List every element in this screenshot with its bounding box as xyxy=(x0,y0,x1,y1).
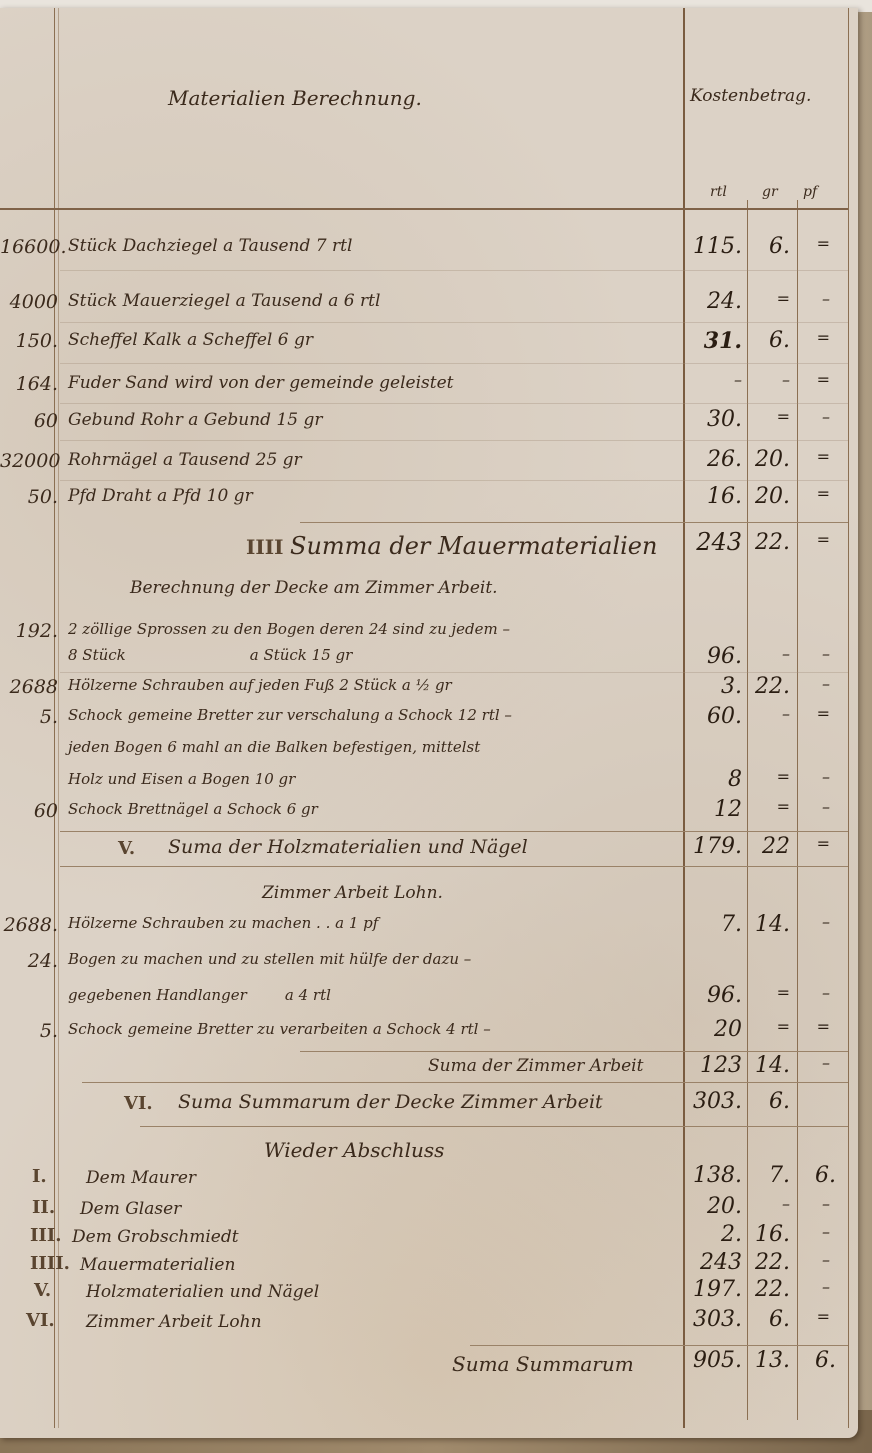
currency-gr-label: gr xyxy=(762,184,778,200)
row-text: Hölzerne Schrauben zu machen . . a 1 pf xyxy=(68,914,378,932)
row-pf: = xyxy=(800,370,830,389)
row-rtl: 60. xyxy=(688,704,742,729)
row-qty: 60 xyxy=(0,410,58,432)
grand-total-rtl: 905. xyxy=(688,1348,742,1373)
left-margin-rule-2 xyxy=(58,8,59,1428)
row-qty: 150. xyxy=(0,330,58,352)
pf-column-rule xyxy=(797,200,798,1420)
section-heading: Zimmer Arbeit Lohn. xyxy=(262,883,443,903)
row-qty: 5. xyxy=(0,706,58,728)
section-total-pf: = xyxy=(800,530,830,549)
section-total-rtl: 179. xyxy=(688,834,742,859)
row-rule xyxy=(60,322,848,323)
header-rule xyxy=(0,208,848,210)
subtotal-gr: 14. xyxy=(750,1053,790,1078)
section-end-rule xyxy=(140,1126,848,1127)
section-roman-numeral: VI. xyxy=(124,1093,153,1114)
row-text: 8 Stück a Stück 15 gr xyxy=(68,646,352,664)
row-gr: = xyxy=(750,289,790,308)
amount-heading: Kostenbetrag. xyxy=(690,86,811,106)
section-heading: Wieder Abschluss xyxy=(264,1138,444,1162)
row-rtl: 7. xyxy=(688,912,742,937)
row-text: Bogen zu machen und zu stellen mit hülfe… xyxy=(68,950,471,968)
row-text: gegebenen Handlanger a 4 rtl xyxy=(68,986,331,1004)
section-total-label: Suma Summarum der Decke Zimmer Arbeit xyxy=(178,1091,603,1113)
row-rule xyxy=(60,363,848,364)
section-total-rtl: 303. xyxy=(688,1089,742,1114)
recap-gr: 22. xyxy=(750,1250,790,1275)
row-text: Gebund Rohr a Gebund 15 gr xyxy=(68,410,323,430)
gr-column-rule xyxy=(747,200,748,1420)
recap-rtl: 303. xyxy=(688,1307,742,1332)
recap-roman: III. xyxy=(30,1225,62,1246)
recap-roman: V. xyxy=(34,1280,51,1301)
row-rtl: 20 xyxy=(688,1017,742,1042)
row-pf: – xyxy=(800,289,830,308)
row-text: Rohrnägel a Tausend 25 gr xyxy=(68,450,302,470)
recap-pf: – xyxy=(800,1250,830,1269)
subtotal-label: Suma der Zimmer Arbeit xyxy=(428,1056,643,1076)
row-text: jeden Bogen 6 mahl an die Balken befesti… xyxy=(68,738,480,756)
amount-column-rule xyxy=(683,8,685,1428)
row-gr: = xyxy=(750,983,790,1002)
recap-pf: = xyxy=(800,1307,830,1326)
row-rule xyxy=(60,403,848,404)
recap-roman: I. xyxy=(32,1166,47,1187)
row-qty: 24. xyxy=(0,950,58,972)
row-text: Stück Dachziegel a Tausend 7 rtl xyxy=(68,236,352,256)
grand-total-rule xyxy=(470,1345,848,1346)
section-total-gr: 22 xyxy=(750,834,790,859)
subtotal-rule xyxy=(300,522,848,523)
row-pf: = xyxy=(800,704,830,723)
section-total-label: Summa der Mauermaterialien xyxy=(290,532,657,560)
row-pf: – xyxy=(800,983,830,1002)
row-text: Schock Brettnägel a Schock 6 gr xyxy=(68,800,318,818)
recap-gr: 22. xyxy=(750,1277,790,1302)
row-pf: – xyxy=(800,674,830,693)
row-rtl: 31. xyxy=(688,328,742,354)
row-pf: = xyxy=(800,447,830,466)
row-pf: = xyxy=(800,1017,830,1036)
row-gr: = xyxy=(750,1017,790,1036)
section-end-rule xyxy=(60,866,848,867)
recap-roman: VI. xyxy=(26,1310,55,1331)
recap-gr: 7. xyxy=(750,1163,790,1188)
row-qty: 5. xyxy=(0,1020,58,1042)
subtotal-rtl: 123 xyxy=(688,1053,742,1078)
row-gr: – xyxy=(750,644,790,663)
row-qty: 16600. xyxy=(0,236,58,258)
row-text: 2 zöllige Sprossen zu den Bogen deren 24… xyxy=(68,620,510,638)
section-total-rule xyxy=(82,1082,848,1083)
row-rtl: – xyxy=(688,370,742,389)
row-rule xyxy=(60,672,848,673)
recap-pf: 6. xyxy=(800,1163,836,1188)
row-pf: – xyxy=(800,407,830,426)
row-rtl: 26. xyxy=(688,447,742,472)
row-rule xyxy=(60,440,848,441)
subtotal-pf: – xyxy=(800,1053,830,1072)
row-rtl: 96. xyxy=(688,983,742,1008)
section-total-label: Suma der Holzmaterialien und Nägel xyxy=(168,836,528,858)
page-right-rule xyxy=(848,8,849,1428)
row-gr: 6. xyxy=(750,328,790,353)
row-qty: 2688. xyxy=(0,914,58,936)
row-gr: – xyxy=(750,370,790,389)
row-pf: – xyxy=(800,644,830,663)
recap-text: Mauermaterialien xyxy=(80,1255,235,1275)
recap-rtl: 197. xyxy=(688,1277,742,1302)
currency-pf-label: pf xyxy=(803,184,817,200)
subtotal-rule xyxy=(300,1051,848,1052)
recap-text: Zimmer Arbeit Lohn xyxy=(86,1312,262,1332)
row-gr: 20. xyxy=(750,484,790,509)
row-gr: = xyxy=(750,407,790,426)
row-rtl: 96. xyxy=(688,644,742,669)
section-heading: Berechnung der Decke am Zimmer Arbeit. xyxy=(130,578,498,598)
row-qty: 50. xyxy=(0,486,58,508)
row-qty: 164. xyxy=(0,373,58,395)
row-pf: – xyxy=(800,912,830,931)
currency-rtl-label: rtl xyxy=(710,184,727,200)
row-rtl: 30. xyxy=(688,407,742,432)
row-pf: = xyxy=(800,484,830,503)
row-rule xyxy=(60,480,848,481)
recap-rtl: 2. xyxy=(688,1222,742,1247)
grand-total-gr: 13. xyxy=(750,1348,790,1373)
row-text: Schock gemeine Bretter zu verarbeiten a … xyxy=(68,1020,491,1038)
recap-text: Dem Maurer xyxy=(86,1168,196,1188)
row-pf: – xyxy=(800,767,830,786)
row-text: Schock gemeine Bretter zur verschalung a… xyxy=(68,706,512,724)
row-rtl: 115. xyxy=(688,234,742,259)
row-gr: = xyxy=(750,797,790,816)
row-gr: 14. xyxy=(750,912,790,937)
row-text: Holz und Eisen a Bogen 10 gr xyxy=(68,770,295,788)
row-text: Scheffel Kalk a Scheffel 6 gr xyxy=(68,330,313,350)
recap-rtl: 20. xyxy=(688,1194,742,1219)
description-heading: Materialien Berechnung. xyxy=(168,86,422,110)
row-gr: 6. xyxy=(750,234,790,259)
recap-gr: 6. xyxy=(750,1307,790,1332)
row-gr: 22. xyxy=(750,674,790,699)
recap-pf: – xyxy=(800,1194,830,1213)
row-gr: 20. xyxy=(750,447,790,472)
row-rtl: 24. xyxy=(688,289,742,314)
subtotal-rule xyxy=(60,831,848,832)
row-rtl: 3. xyxy=(688,674,742,699)
recap-gr: 16. xyxy=(750,1222,790,1247)
row-text: Stück Mauerziegel a Tausend a 6 rtl xyxy=(68,291,380,311)
recap-text: Holzmaterialien und Nägel xyxy=(86,1282,319,1302)
row-pf: – xyxy=(800,797,830,816)
row-text: Pfd Draht a Pfd 10 gr xyxy=(68,486,253,506)
section-roman-numeral: V. xyxy=(118,838,135,859)
row-text: Hölzerne Schrauben auf jeden Fuß 2 Stück… xyxy=(68,676,452,694)
row-text: Fuder Sand wird von der gemeinde geleist… xyxy=(68,373,453,393)
row-rtl: 8 xyxy=(688,767,742,792)
section-total-gr: 6. xyxy=(750,1089,790,1114)
row-rtl: 16. xyxy=(688,484,742,509)
recap-gr: – xyxy=(750,1194,790,1213)
recap-pf: – xyxy=(800,1277,830,1296)
recap-text: Dem Glaser xyxy=(80,1199,181,1219)
ledger-page: Materialien Berechnung. Kostenbetrag. rt… xyxy=(0,8,858,1438)
recap-rtl: 138. xyxy=(688,1163,742,1188)
grand-total-label: Suma Summarum xyxy=(452,1352,634,1376)
grand-total-pf: 6. xyxy=(800,1348,836,1373)
row-qty: 4000 xyxy=(0,291,58,313)
row-qty: 60 xyxy=(0,800,58,822)
section-total-gr: 22. xyxy=(750,530,790,555)
row-qty: 2688 xyxy=(0,676,58,698)
row-rule xyxy=(60,270,848,271)
section-total-rtl: 243 xyxy=(688,528,742,556)
recap-roman: IIII. xyxy=(30,1253,70,1274)
recap-roman: II. xyxy=(32,1197,55,1218)
row-pf: = xyxy=(800,234,830,253)
row-rtl: 12 xyxy=(688,797,742,822)
row-qty: 32000 xyxy=(0,450,58,472)
row-pf: = xyxy=(800,328,830,347)
section-total-pf: = xyxy=(800,834,830,853)
recap-pf: – xyxy=(800,1222,830,1241)
row-gr: – xyxy=(750,704,790,723)
recap-rtl: 243 xyxy=(688,1250,742,1275)
row-qty: 192. xyxy=(0,620,58,642)
recap-text: Dem Grobschmiedt xyxy=(72,1227,239,1247)
section-roman-numeral: IIII xyxy=(246,535,283,559)
row-gr: = xyxy=(750,767,790,786)
